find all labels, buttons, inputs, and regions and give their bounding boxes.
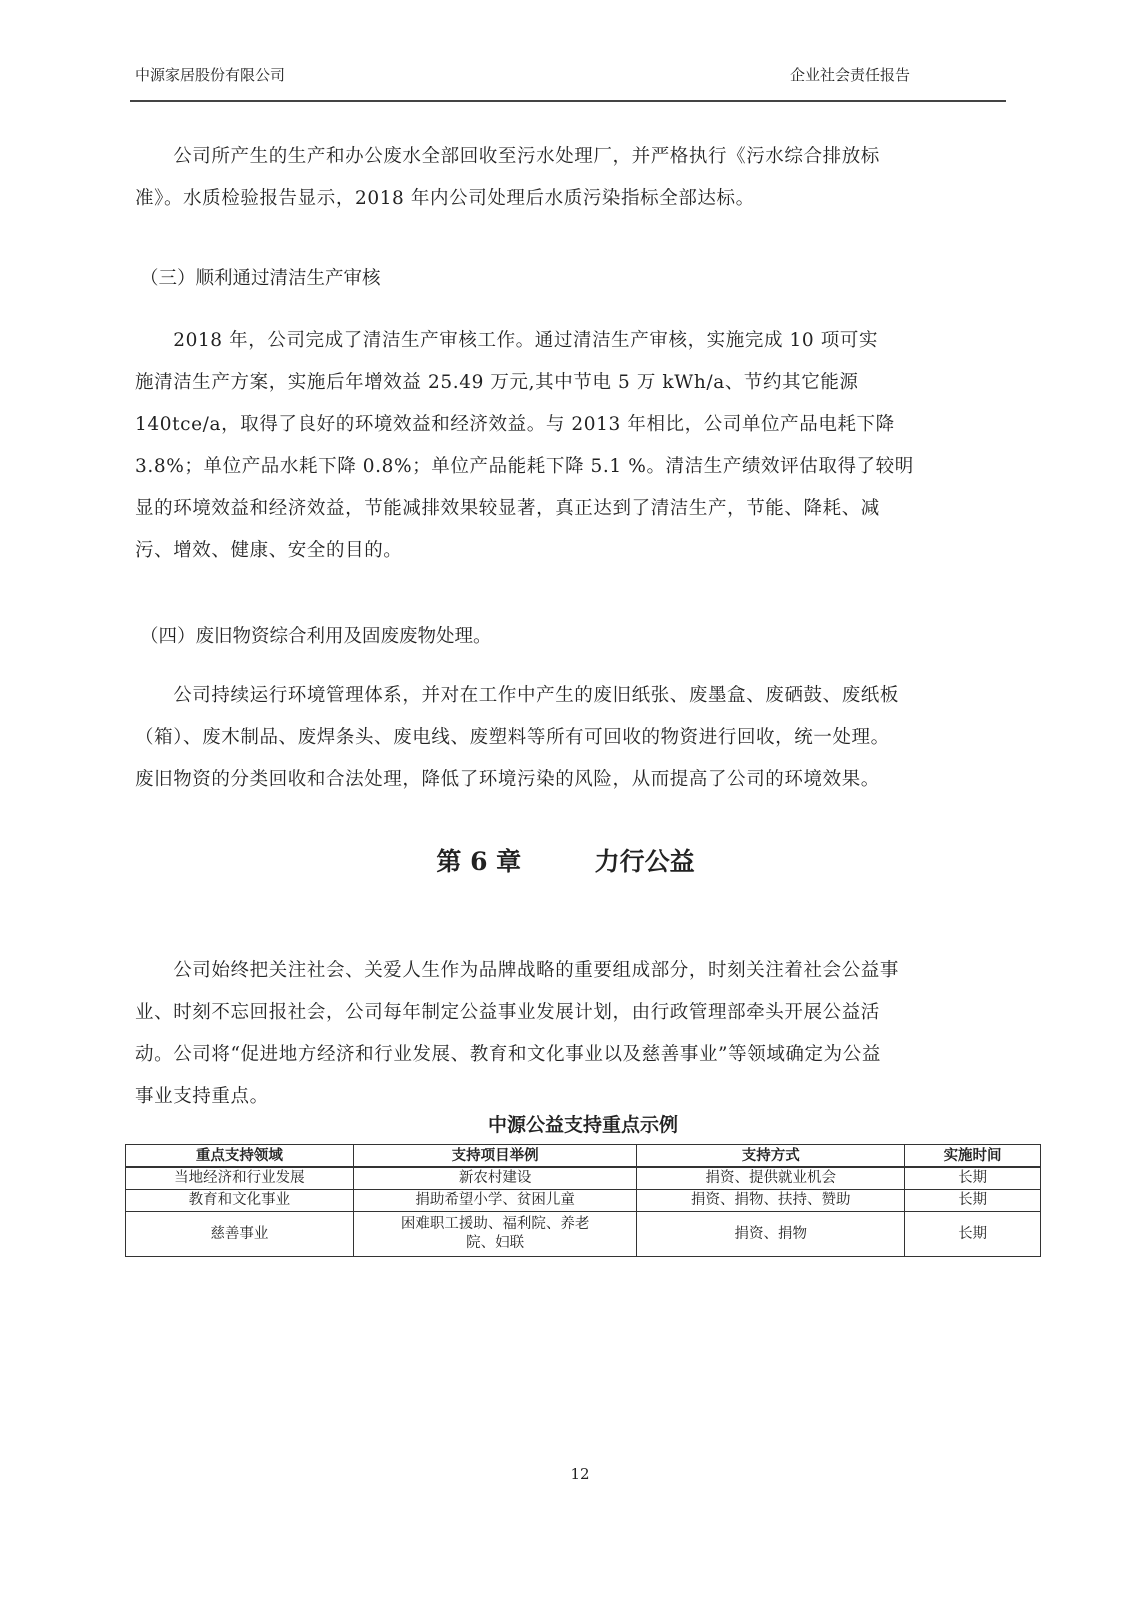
charity-support-table: 重点支持领域 支持项目举例 支持方式 实施时间 当地经济和行业发展 新农村建设 … xyxy=(125,1144,1041,1257)
table-row: 当地经济和行业发展 新农村建设 捐资、提供就业机会 长期 xyxy=(126,1167,1041,1190)
text-line: 140tce/a，取得了良好的环境效益和经济效益。与 2013 年相比，公司单位… xyxy=(135,404,1025,446)
text-line: （箱）、废木制品、废焊条头、废电线、废塑料等所有可回收的物资进行回收，统一处理。 xyxy=(135,717,1025,759)
column-header: 支持项目举例 xyxy=(353,1145,637,1168)
table-cell: 长期 xyxy=(905,1167,1041,1190)
table-cell: 捐资、提供就业机会 xyxy=(637,1167,905,1190)
table-cell: 捐助希望小学、贫困儿童 xyxy=(353,1190,637,1212)
paragraph-clean-production: 2018 年，公司完成了清洁生产审核工作。通过清洁生产审核，实施完成 10 项可… xyxy=(135,320,1025,572)
table-cell: 困难职工援助、福利院、养老院、妇联 xyxy=(353,1212,637,1257)
header-divider xyxy=(130,100,1006,102)
table-cell: 慈善事业 xyxy=(126,1212,354,1257)
section-heading-3: （三）顺利通过清洁生产审核 xyxy=(140,264,381,290)
chapter-number: 第 6 章 xyxy=(436,842,521,878)
column-header: 重点支持领域 xyxy=(126,1145,354,1168)
page-number: 12 xyxy=(0,1465,1131,1483)
text-line: 公司持续运行环境管理体系，并对在工作中产生的废旧纸张、废墨盒、废硒鼓、废纸板 xyxy=(135,675,1025,717)
table-cell: 教育和文化事业 xyxy=(126,1190,354,1212)
chapter-heading: 第 6 章 力行公益 xyxy=(0,842,1131,878)
table-cell: 捐资、捐物 xyxy=(637,1212,905,1257)
table-title: 中源公益支持重点示例 xyxy=(0,1110,1131,1137)
text-line: 显的环境效益和经济效益，节能减排效果较显著，真正达到了清洁生产，节能、降耗、减 xyxy=(135,488,1025,530)
table-row: 教育和文化事业 捐助希望小学、贫困儿童 捐资、捐物、扶持、赞助 长期 xyxy=(126,1190,1041,1212)
paragraph-wastewater: 公司所产生的生产和办公废水全部回收至污水处理厂，并严格执行《污水综合排放标 准》… xyxy=(135,136,1025,220)
table-row: 慈善事业 困难职工援助、福利院、养老院、妇联 捐资、捐物 长期 xyxy=(126,1212,1041,1257)
text-line: 污、增效、健康、安全的目的。 xyxy=(135,530,1025,572)
header-report-title: 企业社会责任报告 xyxy=(790,64,910,85)
text-line: 废旧物资的分类回收和合法处理，降低了环境污染的风险，从而提高了公司的环境效果。 xyxy=(135,759,1025,801)
table-cell: 当地经济和行业发展 xyxy=(126,1167,354,1190)
chapter-title: 力行公益 xyxy=(595,842,695,878)
text-line: 施清洁生产方案，实施后年增效益 25.49 万元,其中节电 5 万 kWh/a、… xyxy=(135,362,1025,404)
text-line: 3.8%；单位产品水耗下降 0.8%；单位产品能耗下降 5.1 %。清洁生产绩效… xyxy=(135,446,1025,488)
paragraph-waste-recycling: 公司持续运行环境管理体系，并对在工作中产生的废旧纸张、废墨盒、废硒鼓、废纸板 （… xyxy=(135,675,1025,801)
table-cell: 长期 xyxy=(905,1212,1041,1257)
text-line: 准》。水质检验报告显示，2018 年内公司处理后水质污染指标全部达标。 xyxy=(135,178,1025,220)
table-cell: 捐资、捐物、扶持、赞助 xyxy=(637,1190,905,1212)
text-line: 业、时刻不忘回报社会，公司每年制定公益事业发展计划，由行政管理部牵头开展公益活 xyxy=(135,992,1025,1034)
table-header-row: 重点支持领域 支持项目举例 支持方式 实施时间 xyxy=(126,1145,1041,1168)
text-line: 公司始终把关注社会、关爱人生作为品牌战略的重要组成部分，时刻关注着社会公益事 xyxy=(135,950,1025,992)
column-header: 支持方式 xyxy=(637,1145,905,1168)
column-header: 实施时间 xyxy=(905,1145,1041,1168)
table-cell: 长期 xyxy=(905,1190,1041,1212)
header-company-name: 中源家居股份有限公司 xyxy=(135,64,285,85)
text-line: 动。公司将“促进地方经济和行业发展、教育和文化事业以及慈善事业”等领域确定为公益 xyxy=(135,1034,1025,1076)
section-heading-4: （四）废旧物资综合利用及固废废物处理。 xyxy=(140,622,492,648)
paragraph-charity-intro: 公司始终把关注社会、关爱人生作为品牌战略的重要组成部分，时刻关注着社会公益事 业… xyxy=(135,950,1025,1118)
table-cell: 新农村建设 xyxy=(353,1167,637,1190)
text-line: 2018 年，公司完成了清洁生产审核工作。通过清洁生产审核，实施完成 10 项可… xyxy=(135,320,1025,362)
text-line: 公司所产生的生产和办公废水全部回收至污水处理厂，并严格执行《污水综合排放标 xyxy=(135,136,1025,178)
